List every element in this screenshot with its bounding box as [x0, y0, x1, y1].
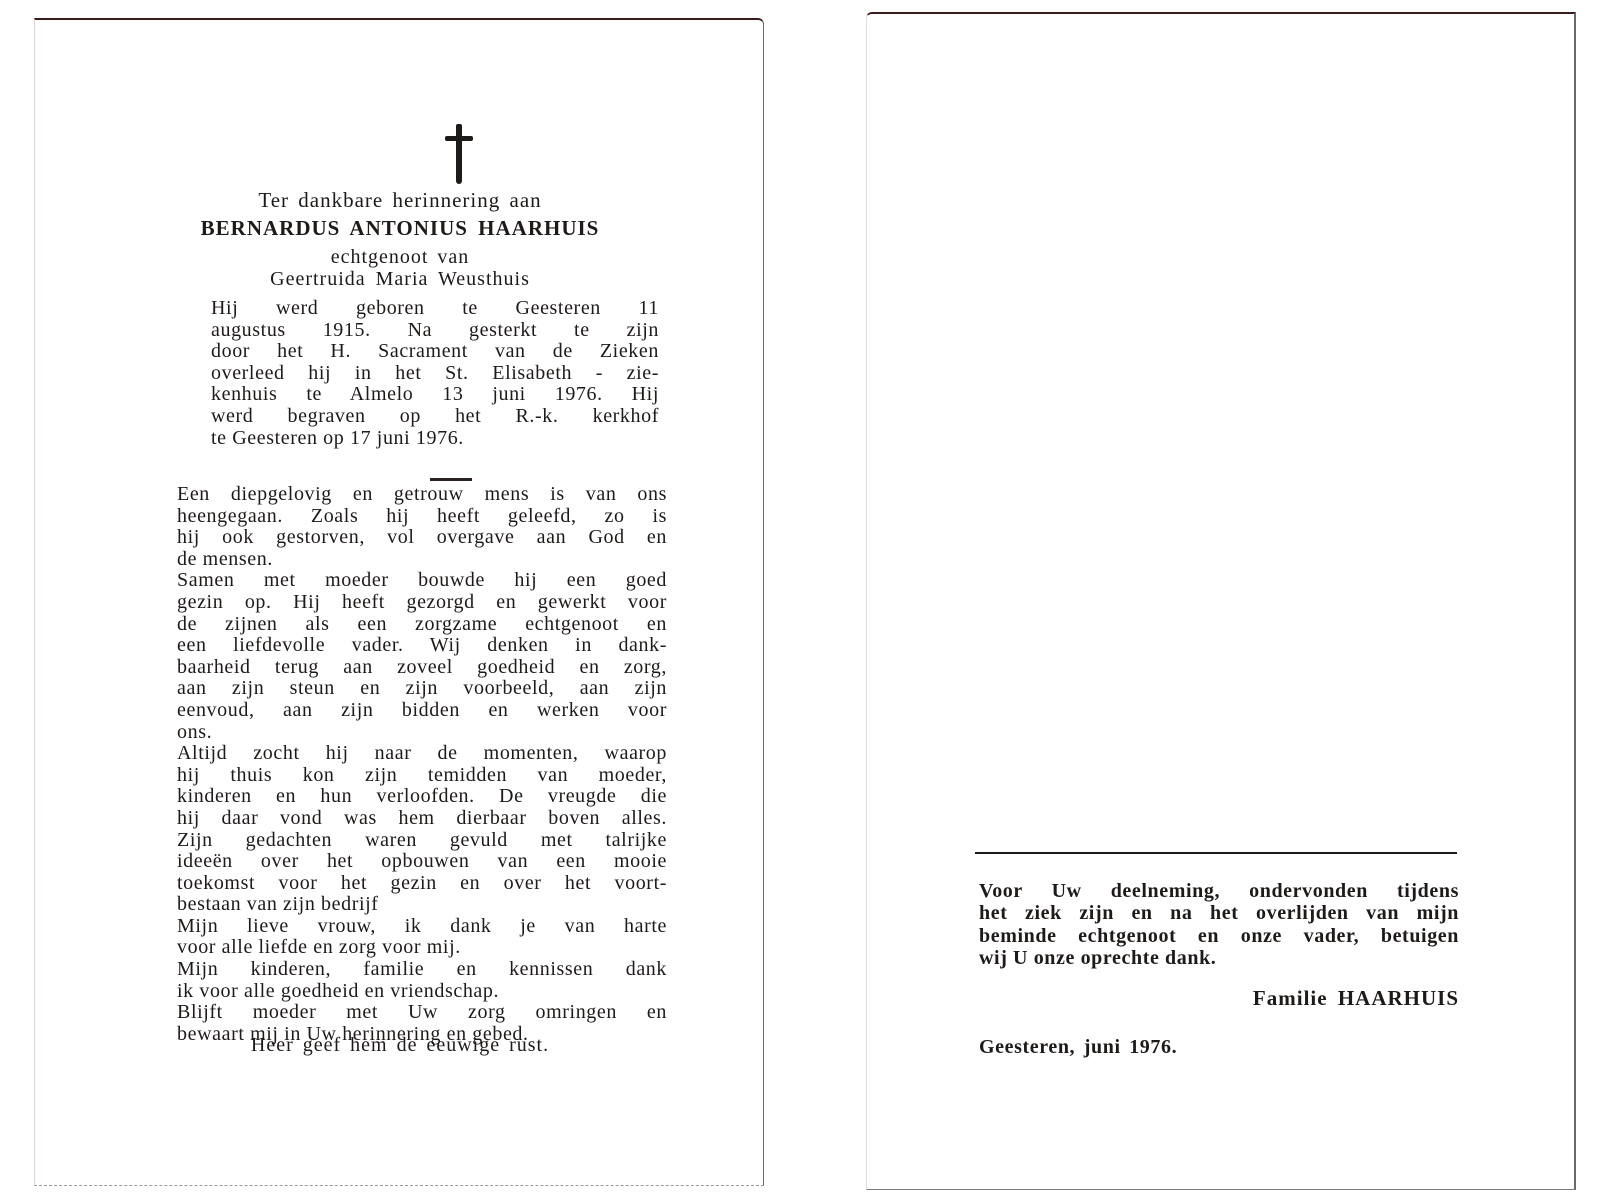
- text-line: een liefdevolle vader. Wij denken in dan…: [177, 635, 667, 657]
- thanks-paragraph: Voor Uw deelneming, ondervonden tijdensh…: [979, 880, 1459, 970]
- text-line: kinderen en hun verloofden. De vreugde d…: [177, 786, 667, 808]
- text-line: heengegaan. Zoals hij heeft geleefd, zo …: [177, 506, 667, 528]
- text-line: kenhuis te Almelo 13 juni 1976. Hij: [211, 384, 659, 406]
- text-line: Altijd zocht hij naar de momenten, waaro…: [177, 743, 667, 765]
- text-line: Hij werd geboren te Geesteren 11: [211, 298, 659, 320]
- text-line: augustus 1915. Na gesterkt te zijn: [211, 320, 659, 342]
- biography-paragraph: Hij werd geboren te Geesteren 11augustus…: [211, 298, 659, 449]
- text-line: baarheid terug aan zoveel goedheid en zo…: [177, 657, 667, 679]
- text-line: gezin op. Hij heeft gezorgd en gewerkt v…: [177, 592, 667, 614]
- text-line: aan zijn steun en zijn voorbeeld, aan zi…: [177, 678, 667, 700]
- closing-prayer: Heer geef hem de eeuwige rust.: [35, 1034, 765, 1057]
- place-date: Geesteren, juni 1976.: [979, 1036, 1177, 1059]
- text-line: de zijnen als een zorgzame echtgenoot en: [177, 614, 667, 636]
- text-line: ons.: [177, 722, 667, 744]
- text-line: beminde echtgenoot en onze vader, betuig…: [979, 925, 1459, 947]
- divider: [430, 478, 472, 481]
- text-line: bestaan van zijn bedrijf: [177, 894, 667, 916]
- text-line: toekomst voor het gezin en over het voor…: [177, 873, 667, 895]
- spouse-label: echtgenoot van: [35, 246, 765, 269]
- text-line: Zijn gedachten waren gevuld met talrijke: [177, 830, 667, 852]
- memorial-card-back: Voor Uw deelneming, ondervonden tijdensh…: [866, 12, 1576, 1190]
- text-line: Samen met moeder bouwde hij een goed: [177, 570, 667, 592]
- text-line: Mijn lieve vrouw, ik dank je van harte: [177, 916, 667, 938]
- text-line: eenvoud, aan zijn bidden en werken voor: [177, 700, 667, 722]
- text-line: Een diepgelovig en getrouw mens is van o…: [177, 484, 667, 506]
- text-line: hij ook gestorven, vol overgave aan God …: [177, 527, 667, 549]
- text-line: de mensen.: [177, 549, 667, 571]
- text-line: het ziek zijn en na het overlijden van m…: [979, 902, 1459, 924]
- text-line: te Geesteren op 17 juni 1976.: [211, 428, 659, 450]
- text-line: overleed hij in het St. Elisabeth - zie-: [211, 363, 659, 385]
- text-line: Blijft moeder met Uw zorg omringen en: [177, 1002, 667, 1024]
- intro-line: Ter dankbare herinnering aan: [35, 188, 765, 213]
- spouse-name: Geertruida Maria Weusthuis: [35, 268, 765, 291]
- text-line: ik voor alle goedheid en vriendschap.: [177, 981, 667, 1003]
- text-line: voor alle liefde en zorg voor mij.: [177, 937, 667, 959]
- divider-rule: [975, 852, 1457, 854]
- text-line: hij daar vond was hem dierbaar boven all…: [177, 808, 667, 830]
- deceased-name: BERNARDUS ANTONIUS HAARHUIS: [35, 216, 765, 241]
- eulogy-text: Een diepgelovig en getrouw mens is van o…: [177, 484, 667, 1045]
- text-line: hij thuis kon zijn temidden van moeder,: [177, 765, 667, 787]
- text-line: Mijn kinderen, familie en kennissen dank: [177, 959, 667, 981]
- text-line: werd begraven op het R.-k. kerkhof: [211, 406, 659, 428]
- memorial-card-front: Ter dankbare herinnering aan BERNARDUS A…: [34, 18, 764, 1186]
- text-line: Voor Uw deelneming, ondervonden tijdens: [979, 880, 1459, 902]
- family-signature: Familie HAARHUIS: [1167, 986, 1459, 1011]
- text-line: ideeën over het opbouwen van een mooie: [177, 851, 667, 873]
- text-line: door het H. Sacrament van de Zieken: [211, 341, 659, 363]
- text-line: wij U onze oprechte dank.: [979, 947, 1459, 969]
- cross-icon: [445, 124, 473, 184]
